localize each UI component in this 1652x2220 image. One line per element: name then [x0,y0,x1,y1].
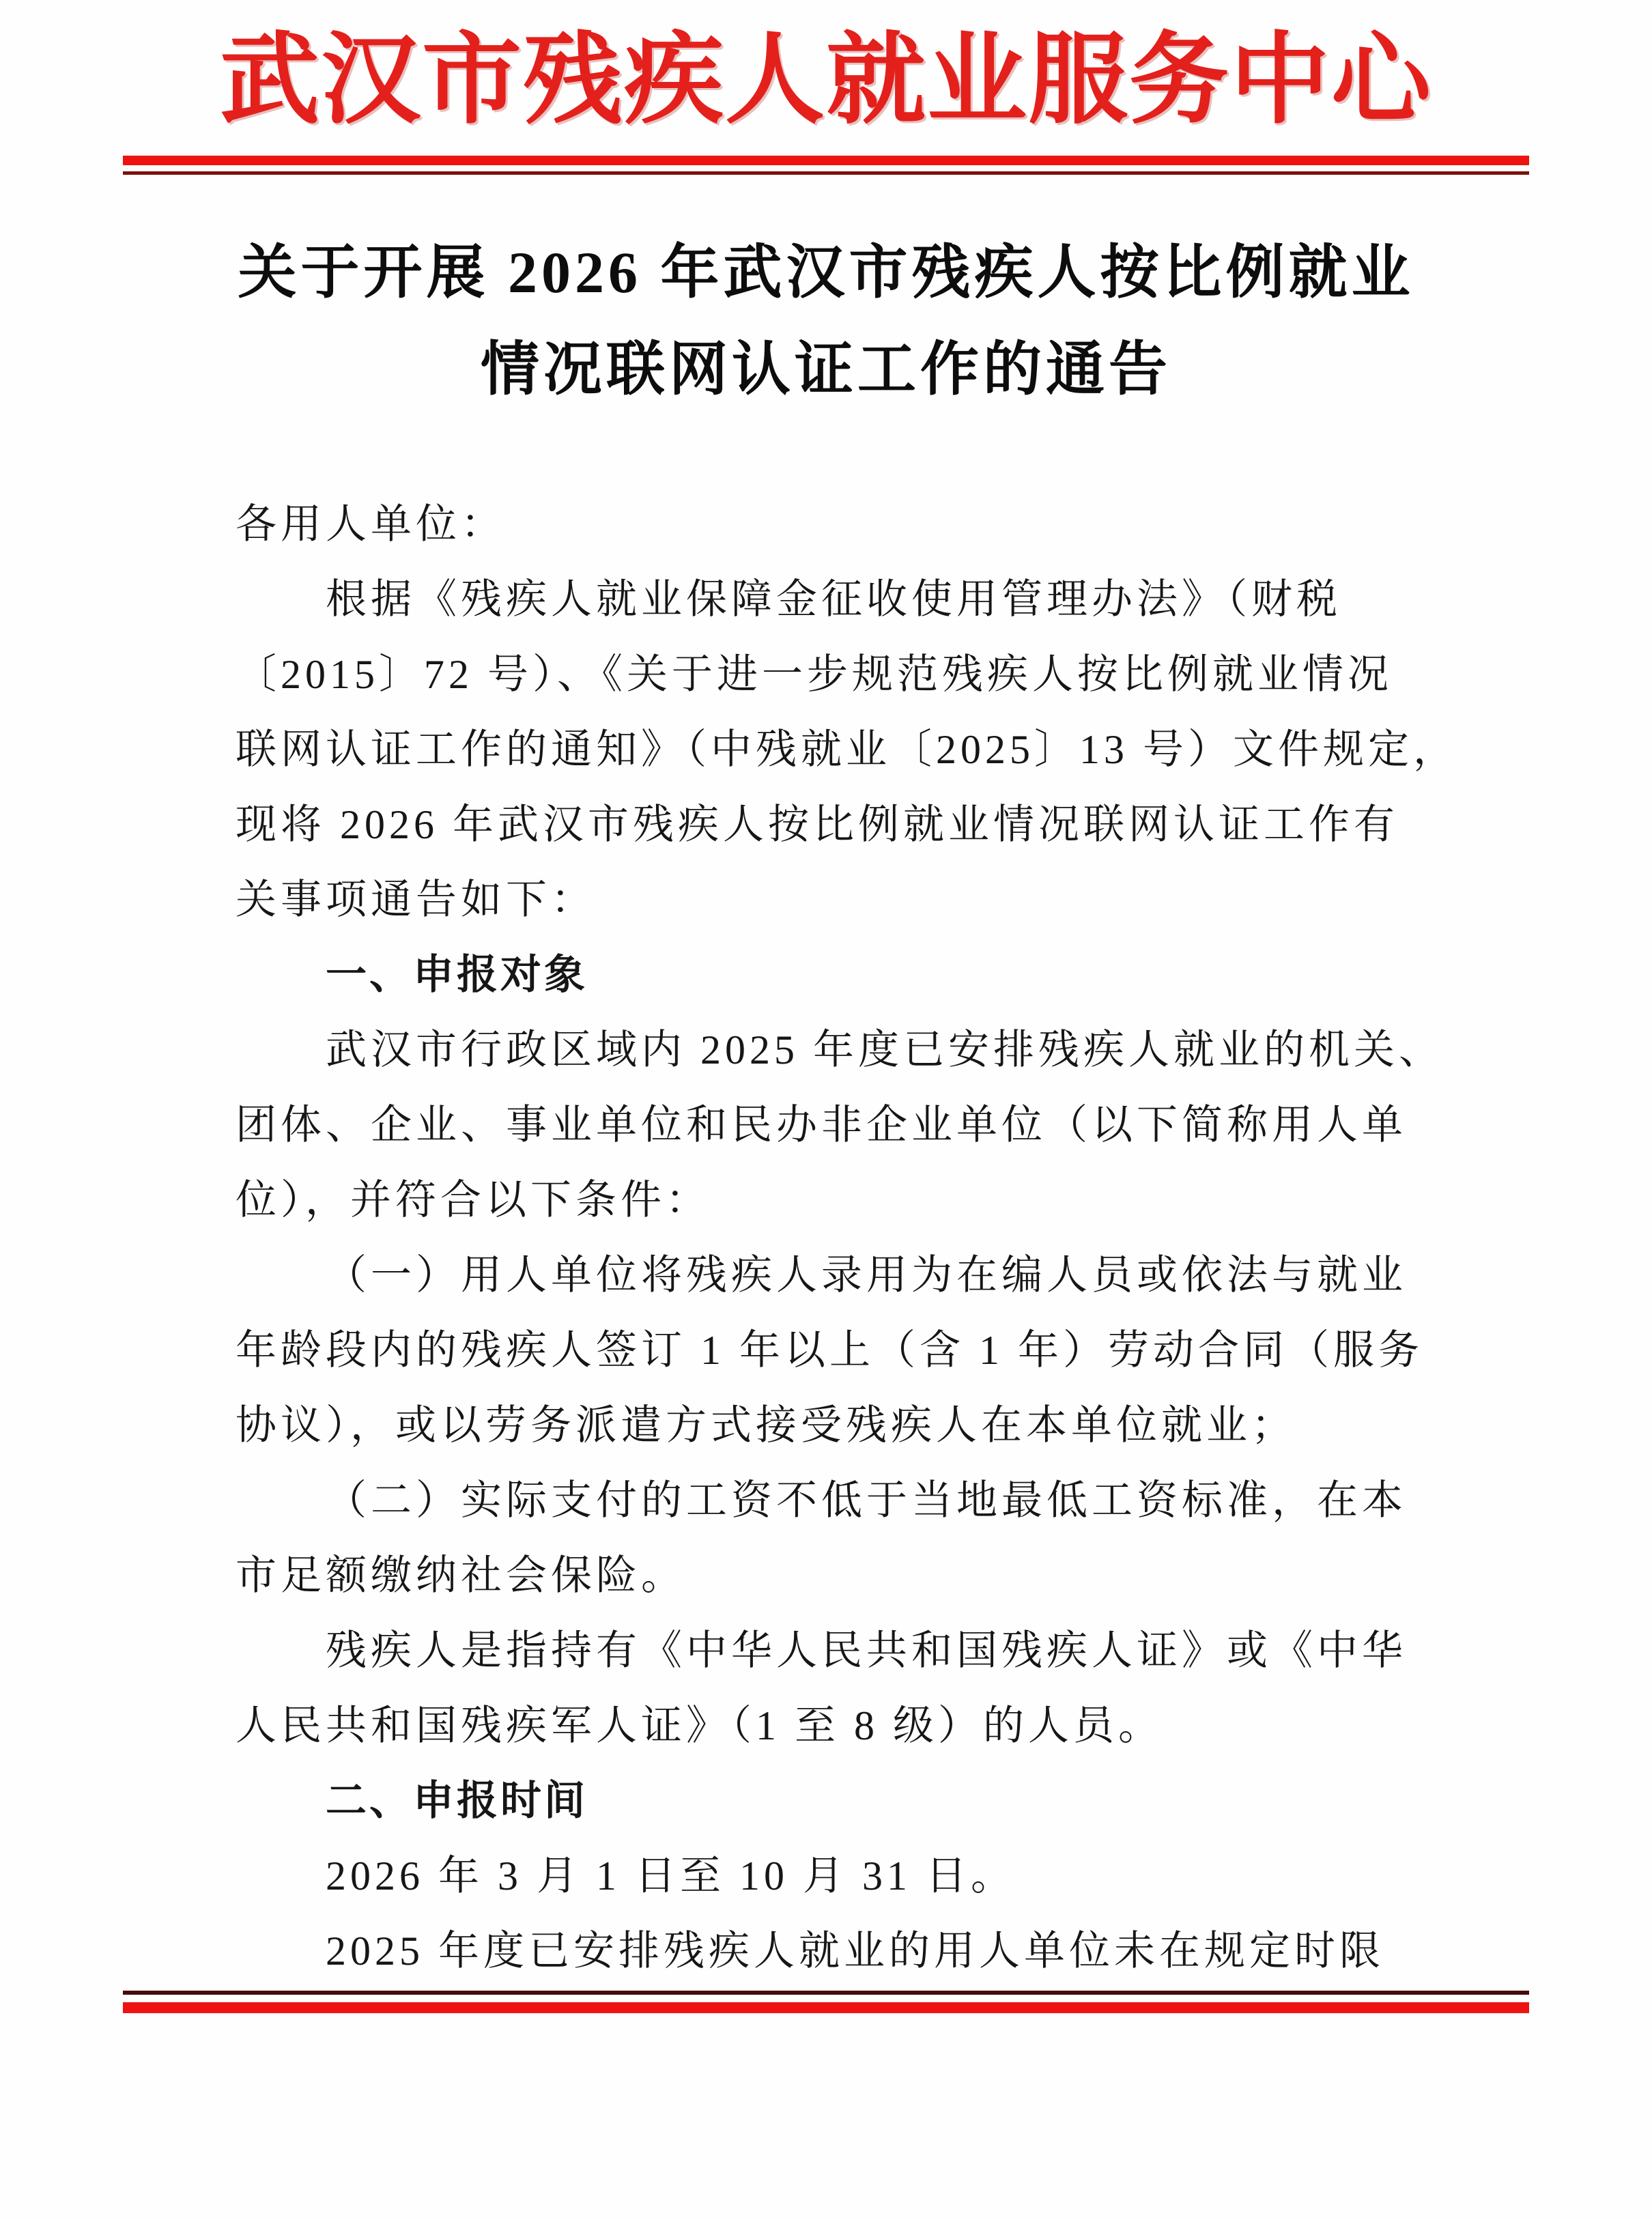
letterhead: 武汉市残疾人就业服务中心 [0,0,1652,175]
header-divider [0,156,1652,175]
section-heading: 二、申报时间 [236,1760,1457,1835]
body-line: 根据《残疾人就业保障金征收使用管理办法》（财税 [236,558,1457,634]
body-line: 市足额缴纳社会保险。 [236,1535,1457,1610]
body-line: 2026 年 3 月 1 日至 10 月 31 日。 [236,1835,1457,1910]
body-line: （一）用人单位将残疾人录用为在编人员或依法与就业 [236,1234,1457,1309]
notice-title: 关于开展 2026 年武汉市残疾人按比例就业 情况联网认证工作的通告 [0,224,1652,418]
body-line: 关事项通告如下： [236,859,1457,934]
body-line: 现将 2026 年武汉市残疾人按比例就业情况联网认证工作有 [236,784,1457,859]
body-line: 2025 年度已安排残疾人就业的用人单位未在规定时限 [236,1910,1457,1985]
org-name: 武汉市残疾人就业服务中心 [0,0,1652,138]
header-rule-thick [123,156,1529,165]
footer-divider [0,1991,1652,2013]
body-line: 位），并符合以下条件： [236,1159,1457,1234]
body-line: （二）实际支付的工资不低于当地最低工资标准，在本 [236,1460,1457,1535]
body-line: 〔2015〕72 号）、《关于进一步规范残疾人按比例就业情况 [236,634,1457,709]
footer-rule-thick [123,2002,1529,2013]
body-text: 各用人单位：根据《残疾人就业保障金征收使用管理办法》（财税〔2015〕72 号）… [236,483,1457,1985]
section-heading: 一、申报对象 [236,934,1457,1009]
body-line: 协议），或以劳务派遣方式接受残疾人在本单位就业； [236,1384,1457,1460]
body-line: 残疾人是指持有《中华人民共和国残疾人证》或《中华 [236,1610,1457,1685]
document-page: 武汉市残疾人就业服务中心 关于开展 2026 年武汉市残疾人按比例就业 情况联网… [0,0,1652,2220]
body-line: 各用人单位： [236,483,1457,558]
title-line-1: 关于开展 2026 年武汉市残疾人按比例就业 [238,240,1414,305]
header-rule-thin [123,171,1529,175]
body-line: 联网认证工作的通知》（中残就业〔2025〕13 号）文件规定， [236,709,1457,784]
title-line-2: 情况联网认证工作的通告 [481,337,1171,402]
body-line: 人民共和国残疾军人证》（1 至 8 级）的人员。 [236,1685,1457,1760]
body-line: 年龄段内的残疾人签订 1 年以上（含 1 年）劳动合同（服务 [236,1309,1457,1384]
body-line: 武汉市行政区域内 2025 年度已安排残疾人就业的机关、 [236,1009,1457,1084]
footer-rule-thin [123,1991,1529,1995]
body-line: 团体、企业、事业单位和民办非企业单位（以下简称用人单 [236,1084,1457,1159]
